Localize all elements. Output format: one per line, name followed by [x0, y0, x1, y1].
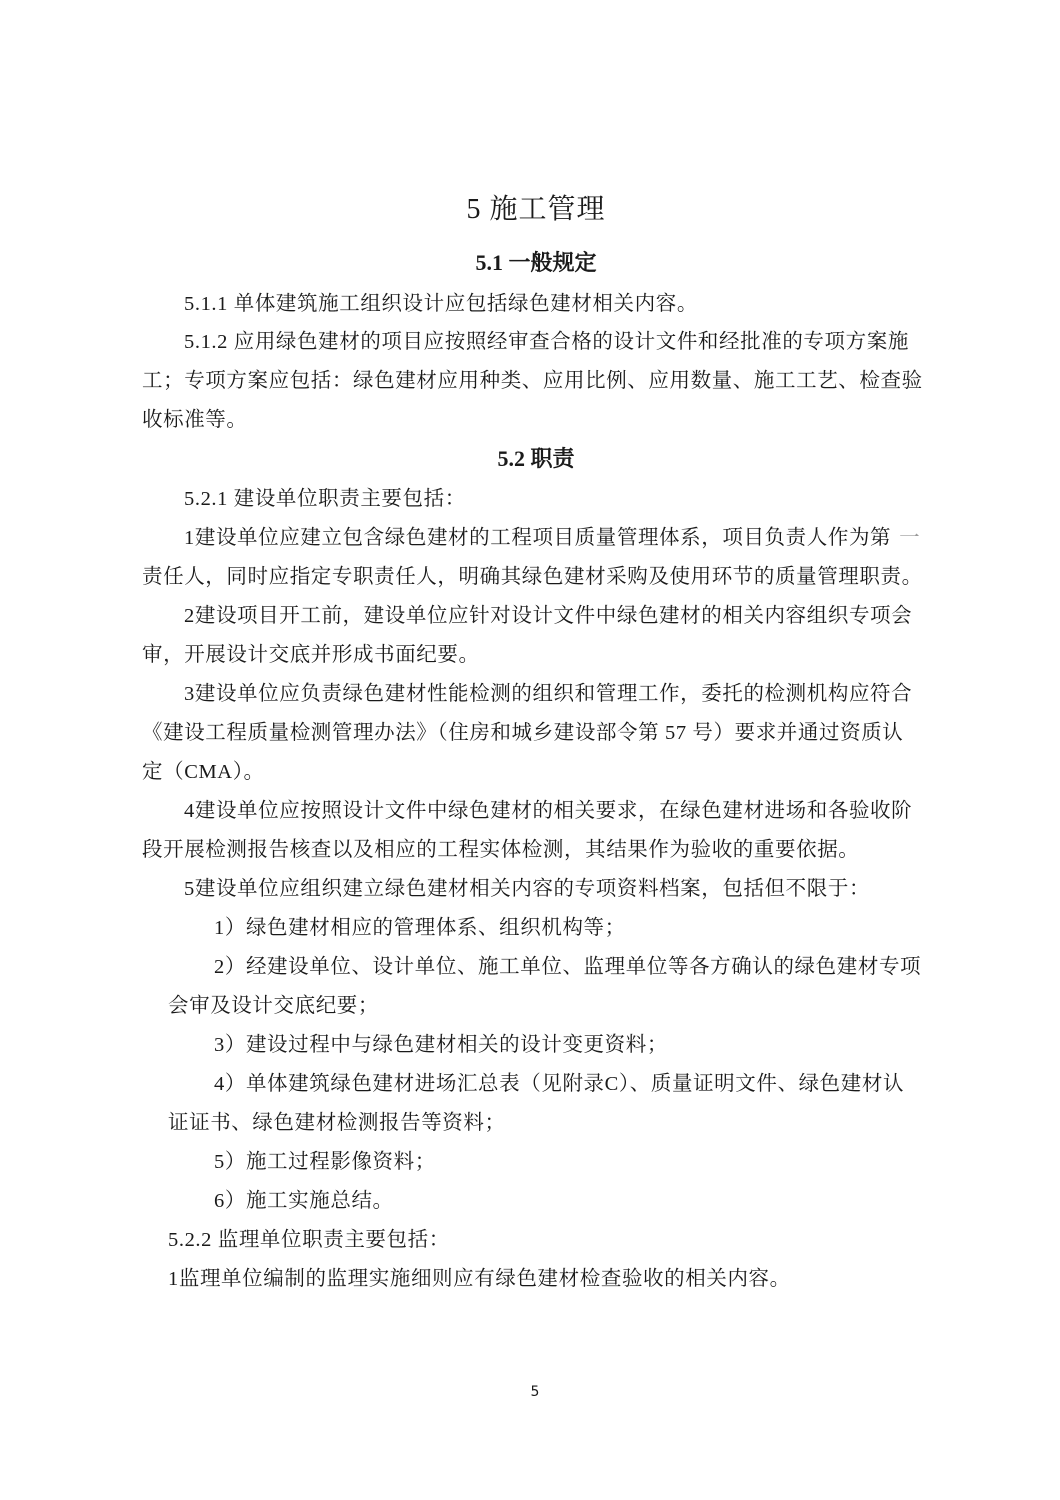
faint-char: 一	[899, 527, 920, 549]
subitem-3: 3）建设过程中与绿色建材相关的设计变更资料；	[214, 1031, 668, 1059]
item-4-line2: 段开展检测报告核查以及相应的工程实体检测，其结果作为验收的重要依据。	[142, 836, 859, 864]
chapter-title: 5 施工管理	[0, 192, 1060, 228]
subitem-4-line1: 4）单体建筑绿色建材进场汇总表（见附录C）、质量证明文件、绿色建材认	[214, 1070, 904, 1098]
subitem-2-line1: 2）经建设单位、设计单位、施工单位、监理单位等各方确认的绿色建材专项	[214, 953, 921, 981]
subitem-6: 6）施工实施总结。	[214, 1187, 394, 1215]
item-3-line2: 《建设工程质量检测管理办法》（住房和城乡建设部令第 57 号）要求并通过资质认	[142, 719, 903, 747]
item-1-text: 1建设单位应建立包含绿色建材的工程项目质量管理体系，项目负责人作为第	[184, 527, 891, 549]
item-1-line2: 责任人，同时应指定专职责任人，明确其绿色建材采购及使用环节的质量管理职责。	[142, 563, 923, 591]
document-page: 5 施工管理 5.1 一般规定 5.1.1 单体建筑施工组织设计应包括绿色建材相…	[0, 0, 1060, 1500]
subitem-1: 1）绿色建材相应的管理体系、组织机构等；	[214, 914, 626, 942]
item-2-line1: 2建设项目开工前，建设单位应针对设计文件中绿色建材的相关内容组织专项会	[184, 602, 912, 630]
item-4-line1: 4建设单位应按照设计文件中绿色建材的相关要求，在绿色建材进场和各验收阶	[184, 797, 912, 825]
clause-5-2-2-item-1: 1监理单位编制的监理实施细则应有绿色建材检查验收的相关内容。	[168, 1265, 791, 1293]
item-5-line1: 5建设单位应组织建立绿色建材相关内容的专项资料档案，包括但不限于：	[184, 875, 870, 903]
clause-5-1-2-line2: 工；专项方案应包括：绿色建材应用种类、应用比例、应用数量、施工工艺、检查验	[142, 367, 923, 395]
clause-5-2-2: 5.2.2 监理单位职责主要包括：	[168, 1226, 450, 1254]
item-2-line2: 审，开展设计交底并形成书面纪要。	[142, 641, 480, 669]
subitem-2-line2: 会审及设计交底纪要；	[168, 992, 379, 1020]
clause-5-1-1: 5.1.1 单体建筑施工组织设计应包括绿色建材相关内容。	[184, 290, 698, 318]
clause-5-1-2-line1: 5.1.2 应用绿色建材的项目应按照经审查合格的设计文件和经批准的专项方案施	[184, 328, 909, 356]
page-number: 5	[0, 1384, 1060, 1400]
item-3-line1: 3建设单位应负责绿色建材性能检测的组织和管理工作，委托的检测机构应符合	[184, 680, 912, 708]
clause-5-2-1: 5.2.1 建设单位职责主要包括：	[184, 485, 466, 513]
section-title-5-2: 5.2 职责	[0, 444, 1060, 474]
item-3-line3: 定（CMA）。	[142, 758, 265, 786]
subitem-4-line2: 证证书、绿色建材检测报告等资料；	[168, 1109, 506, 1137]
subitem-5: 5）施工过程影像资料；	[214, 1148, 436, 1176]
clause-5-1-2-line3: 收标准等。	[142, 406, 248, 434]
item-1-line1: 1建设单位应建立包含绿色建材的工程项目质量管理体系，项目负责人作为第一	[184, 524, 920, 552]
section-title-5-1: 5.1 一般规定	[0, 248, 1060, 278]
